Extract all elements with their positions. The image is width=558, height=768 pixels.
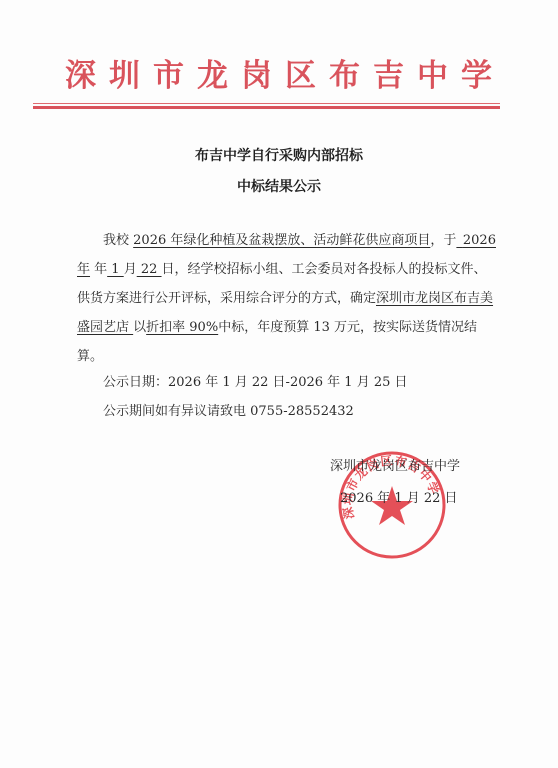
- with-text: 以: [133, 320, 146, 335]
- document-title: 布吉中学自行采购内部招标: [0, 145, 558, 165]
- document-subtitle: 中标结果公示: [0, 176, 558, 196]
- contact-info: 公示期间如有异议请致电 0755-28552432: [103, 400, 354, 419]
- intro-text: 我校: [103, 233, 129, 248]
- letterhead-school-name: 深圳市龙岗区布吉中学: [0, 56, 558, 96]
- after-project-text: ，于: [430, 233, 456, 248]
- signature-date: 2026 年 1 月 22 日: [340, 487, 458, 506]
- award-day: 22: [137, 262, 162, 277]
- notice-period: 公示日期：2026 年 1 月 22 日-2026 年 1 月 25 日: [103, 371, 408, 390]
- letterhead-rule-thin: [33, 103, 500, 104]
- announcement-paragraph: 我校 2026 年绿化种植及盆栽摆放、活动鲜花供应商项目，于 2026 年 年 …: [77, 226, 497, 371]
- discount-rate: 折扣率 90%: [146, 320, 218, 335]
- project-name: 2026 年绿化种植及盆栽摆放、活动鲜花供应商项目: [133, 233, 430, 248]
- letterhead-rule-thick: [33, 106, 500, 109]
- month-suffix: 月: [124, 262, 137, 277]
- year-suffix: 年: [90, 262, 107, 277]
- award-month: 1: [107, 262, 124, 277]
- signature-organization: 深圳市龙岗区布吉中学: [330, 455, 460, 474]
